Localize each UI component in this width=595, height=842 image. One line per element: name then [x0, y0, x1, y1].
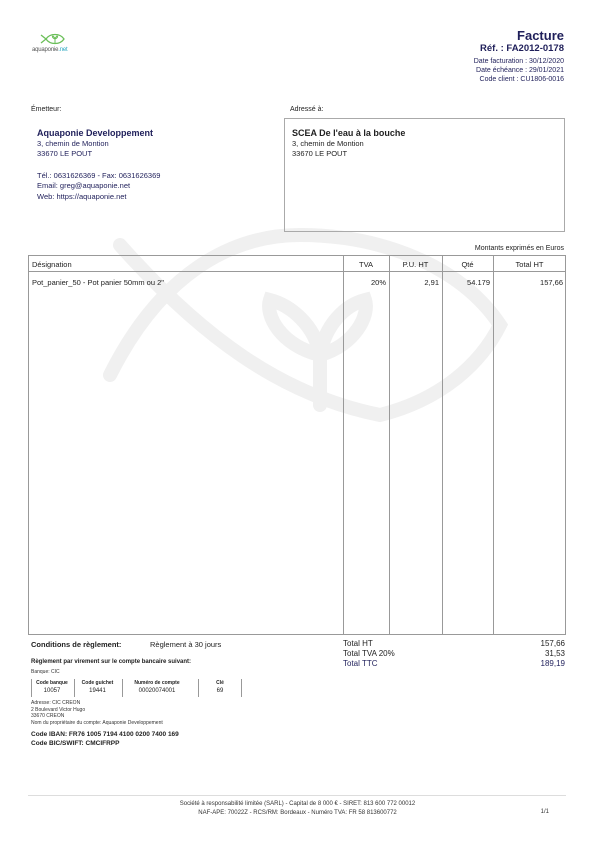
footer-line2: NAF-APE: 70022Z - RCS/RM: Bordeaux - Num…	[0, 809, 595, 818]
row-tva: 20%	[343, 278, 386, 287]
branch-code-cell: Code guichet 19441	[74, 679, 120, 697]
bank-name: Banque: CIC	[31, 669, 60, 675]
emitter-email[interactable]: Email: greg@aquaponie.net	[37, 181, 160, 192]
emitter-website[interactable]: Web: https://aquaponie.net	[37, 192, 160, 203]
totals-block: Total HT 157,66 Total TVA 20% 31,53 Tota…	[343, 639, 565, 669]
invoice-lines-table: Désignation TVA P.U. HT Qté Total HT Pot…	[28, 255, 566, 635]
fish-sprout-logo-icon	[40, 32, 66, 46]
recipient-name: SCEA De l'eau à la bouche	[292, 128, 405, 139]
payment-conditions-label: Conditions de règlement:	[31, 640, 121, 649]
currency-note: Montants exprimés en Euros	[475, 245, 564, 252]
logo-text: aquaponie.net	[32, 47, 67, 53]
bank-transfer-title: Règlement par virement sur le compte ban…	[31, 659, 191, 665]
total-tva-label: Total TVA 20%	[343, 649, 395, 659]
emitter-phone-fax: Tél.: 0631626369 - Fax: 0631626369	[37, 171, 160, 182]
document-title: Facture	[517, 28, 564, 43]
bank-address-line1: Adresse: CIC CREON	[31, 700, 163, 707]
due-date: Date échéance : 29/01/2021	[474, 66, 564, 75]
invoice-date: Date facturation : 30/12/2020	[474, 57, 564, 66]
emitter-label: Émetteur:	[31, 106, 61, 113]
recipient-block: SCEA De l'eau à la bouche 3, chemin de M…	[292, 128, 405, 160]
total-ht-row: Total HT 157,66	[343, 639, 565, 649]
emitter-address-line2: 33670 LE POUT	[37, 149, 160, 160]
company-logo: aquaponie.net	[30, 32, 90, 56]
footer-line1: Société à responsabilité limitée (SARL) …	[0, 800, 595, 809]
column-header-pu-ht: P.U. HT	[389, 260, 442, 269]
emitter-name: Aquaponie Developpement	[37, 128, 160, 139]
column-header-total-ht: Total HT	[493, 260, 566, 269]
row-total-ht: 157,66	[493, 278, 563, 287]
recipient-address-line2: 33670 LE POUT	[292, 149, 405, 160]
emitter-address-line1: 3, chemin de Montion	[37, 139, 160, 150]
column-divider	[343, 256, 344, 634]
iban-code: Code IBAN: FR76 1005 7194 4100 0200 7400…	[31, 731, 179, 740]
footer-divider	[28, 795, 566, 796]
total-ttc-label: Total TTC	[343, 659, 378, 669]
row-qty: 54.179	[442, 278, 490, 287]
invoice-meta: Date facturation : 30/12/2020 Date échéa…	[474, 57, 564, 84]
recipient-label: Adressé à:	[290, 106, 323, 113]
column-divider	[442, 256, 443, 634]
payment-conditions-value: Règlement à 30 jours	[150, 640, 221, 649]
total-tva-row: Total TVA 20% 31,53	[343, 649, 565, 659]
grid-end-divider	[241, 679, 242, 697]
account-number-cell: Numéro de compte 00020074001	[122, 679, 191, 697]
iban-bic-block: Code IBAN: FR76 1005 7194 4100 0200 7400…	[31, 731, 179, 748]
legal-footer: Société à responsabilité limitée (SARL) …	[0, 800, 595, 818]
column-divider	[493, 256, 494, 634]
column-header-tva: TVA	[343, 260, 389, 269]
column-header-qty: Qté	[442, 260, 493, 269]
total-ttc-value: 189,19	[541, 659, 565, 669]
total-tva-value: 31,53	[545, 649, 565, 659]
page-number: 1/1	[541, 809, 549, 815]
bank-address-line2: 2 Boulevard Victor Hugo	[31, 707, 163, 714]
account-owner: Nom du propriétaire du compte: Aquaponie…	[31, 720, 163, 727]
bank-code-cell: Code banque 10057	[31, 679, 72, 697]
bank-address-block: Adresse: CIC CREON 2 Boulevard Victor Hu…	[31, 700, 163, 726]
emitter-block: Aquaponie Developpement 3, chemin de Mon…	[37, 128, 160, 202]
client-code: Code client : CU1806-0016	[474, 75, 564, 84]
total-ttc-row: Total TTC 189,19	[343, 659, 565, 669]
row-designation: Pot_panier_50 - Pot panier 50mm ou 2"	[32, 278, 164, 287]
column-divider	[389, 256, 390, 634]
column-header-designation: Désignation	[32, 260, 72, 269]
key-cell: Clé 69	[198, 679, 241, 697]
total-ht-label: Total HT	[343, 639, 373, 649]
row-pu-ht: 2,91	[389, 278, 439, 287]
bank-address-line3: 33670 CREON	[31, 713, 163, 720]
recipient-address-line1: 3, chemin de Montion	[292, 139, 405, 150]
bic-code: Code BIC/SWIFT: CMCIFRPP	[31, 740, 179, 749]
header-divider	[29, 271, 565, 272]
invoice-reference: Réf. : FA2012-0178	[480, 43, 564, 54]
total-ht-value: 157,66	[541, 639, 565, 649]
